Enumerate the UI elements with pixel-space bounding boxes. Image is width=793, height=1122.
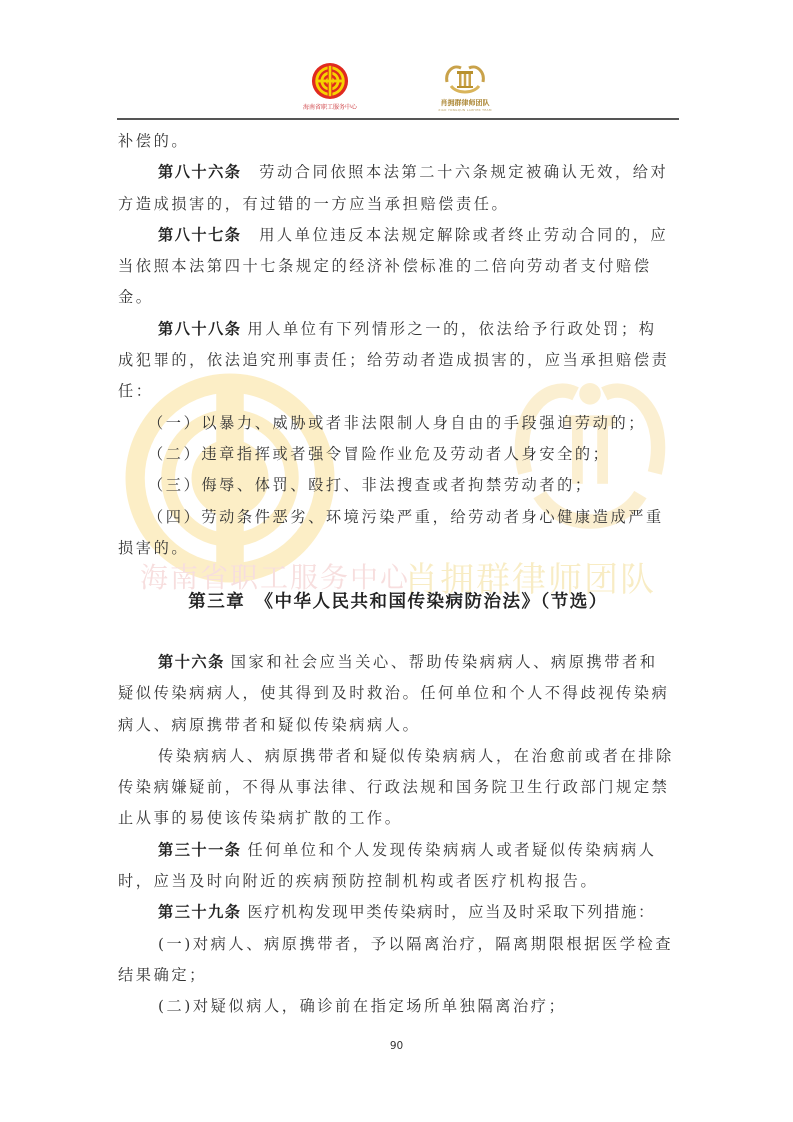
body-section-infectious-disease-law: 第十六条国家和社会应当关心、帮助传染病病人、病原携带者和 疑似传染病病人，使其得… — [118, 647, 678, 1023]
article-87: 第八十七条 用人单位违反本法规定解除或者终止劳动合同的，应 — [118, 220, 678, 251]
text-line: 任： — [118, 376, 678, 407]
article-31: 第三十一条任何单位和个人发现传染病病人或者疑似传染病病人 — [118, 835, 678, 866]
text-line: 损害的。 — [118, 533, 678, 564]
text-line: 传染病病人、病原携带者和疑似传染病病人，在治愈前或者在排除 — [118, 741, 678, 772]
union-emblem-icon — [311, 62, 349, 100]
list-item: （四）劳动条件恶劣、环境污染严重，给劳动者身心健康造成严重 — [118, 502, 678, 533]
list-item: (二)对疑似病人，确诊前在指定场所单独隔离治疗； — [118, 991, 678, 1022]
article-label: 第三十九条 — [158, 903, 241, 921]
text-line: 成犯罪的，依法追究刑事责任；给劳动者造成损害的，应当承担赔偿责 — [118, 345, 678, 376]
text-line: 当依照本法第四十七条规定的经济补偿标准的二倍向劳动者支付赔偿 — [118, 251, 678, 282]
list-item: (一)对病人、病原携带者，予以隔离治疗，隔离期限根据医学检查 — [118, 929, 678, 960]
body-section-labor-law: 补偿的。 第八十六条 劳动合同依照本法第二十六条规定被确认无效，给对 方造成损害… — [118, 126, 678, 564]
text-line: 方造成损害的，有过错的一方应当承担赔偿责任。 — [118, 189, 678, 220]
article-label: 第十六条 — [158, 653, 225, 671]
right-logo: 肖拥群律师团队 XIAO YONGQUN LAWYER TEAM — [420, 62, 510, 112]
text-line: 病人、病原携带者和疑似传染病病人。 — [118, 710, 678, 741]
list-item: （一）以暴力、威胁或者非法限制人身自由的手段强迫劳动的； — [118, 408, 678, 439]
article-label: 第八十六条 — [158, 163, 241, 181]
left-logo-caption: 海南省职工服务中心 — [303, 102, 357, 111]
left-logo: 海南省职工服务中心 — [290, 62, 370, 111]
list-item: （三）侮辱、体罚、殴打、非法搜查或者拘禁劳动者的； — [118, 470, 678, 501]
text-line: 疑似传染病病人，使其得到及时救治。任何单位和个人不得歧视传染病 — [118, 678, 678, 709]
article-16: 第十六条国家和社会应当关心、帮助传染病病人、病原携带者和 — [118, 647, 678, 678]
text-line: 传染病嫌疑前，不得从事法律、行政法规和国务院卫生行政部门规定禁 — [118, 772, 678, 803]
law-pillar-emblem-icon — [443, 62, 487, 96]
article-88: 第八十八条用人单位有下列情形之一的，依法给予行政处罚；构 — [118, 314, 678, 345]
article-label: 第三十一条 — [158, 841, 241, 859]
right-logo-caption: 肖拥群律师团队 — [441, 98, 490, 108]
page-header: 海南省职工服务中心 肖拥群律师团队 XIAO YONGQUN LAWYER TE… — [0, 0, 793, 120]
header-divider — [117, 118, 679, 120]
right-logo-subcaption: XIAO YONGQUN LAWYER TEAM — [438, 108, 492, 112]
page-number: 90 — [0, 1040, 793, 1052]
chapter-title: 第三章 《中华人民共和国传染病防治法》（节选） — [118, 588, 678, 613]
text-line: 补偿的。 — [118, 126, 678, 157]
text-line: 金。 — [118, 282, 678, 313]
article-label: 第八十七条 — [158, 226, 241, 244]
article-86: 第八十六条 劳动合同依照本法第二十六条规定被确认无效，给对 — [118, 157, 678, 188]
text-line: 结果确定； — [118, 960, 678, 991]
list-item: （二）违章指挥或者强令冒险作业危及劳动者人身安全的； — [118, 439, 678, 470]
text-line: 止从事的易使该传染病扩散的工作。 — [118, 803, 678, 834]
text-line: 时，应当及时向附近的疾病预防控制机构或者医疗机构报告。 — [118, 866, 678, 897]
article-39: 第三十九条医疗机构发现甲类传染病时，应当及时采取下列措施： — [118, 897, 678, 928]
article-label: 第八十八条 — [158, 320, 241, 338]
